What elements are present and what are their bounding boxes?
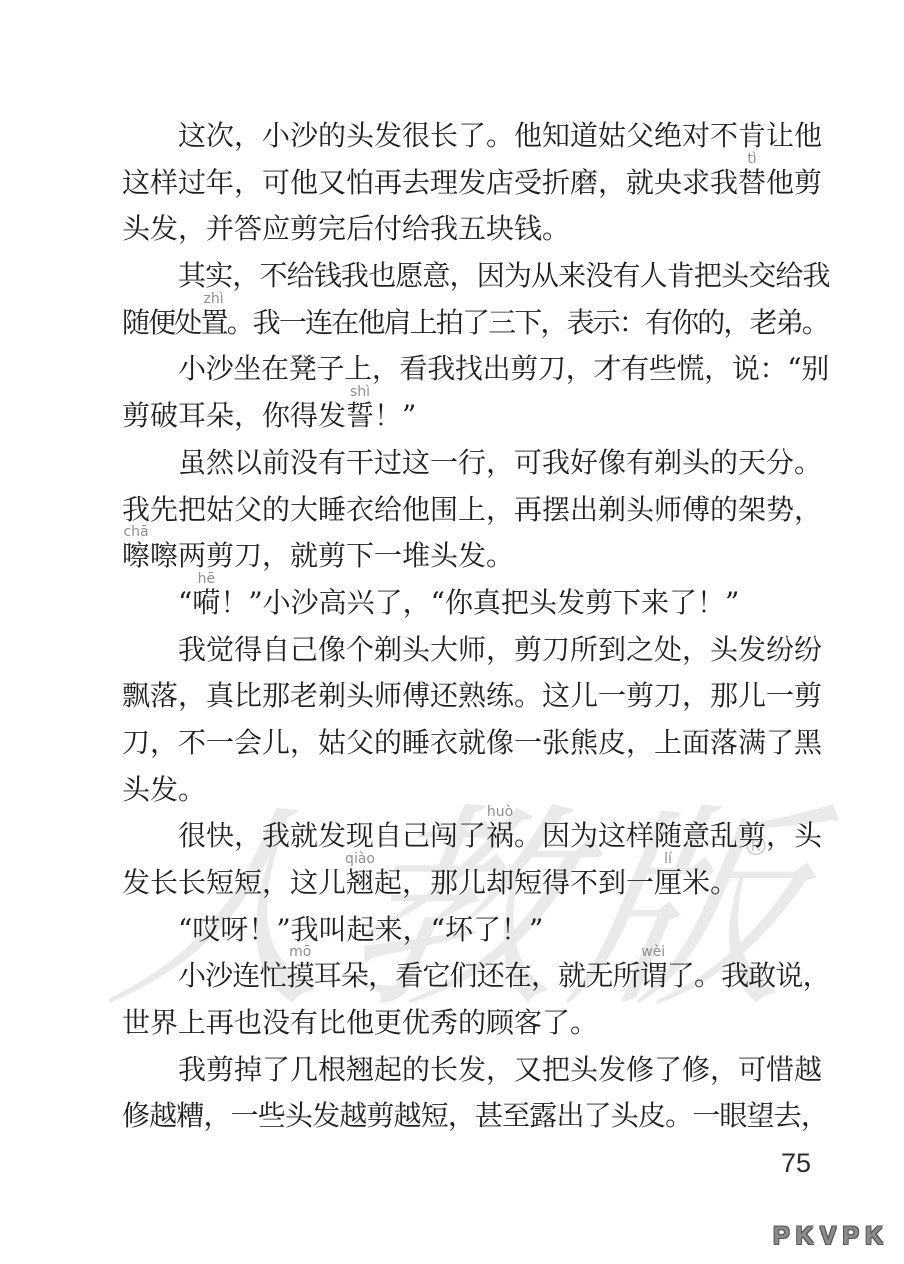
text-line: 其实，不给钱我也愿意，因为从来没有人肯把头交给我 — [122, 253, 828, 300]
text-line: 我剪掉了几根翘起的长发，又把头发修了修，可惜越 — [122, 1047, 828, 1094]
pinyin-label: lí — [664, 852, 672, 866]
pinyin-label: wèi — [641, 945, 665, 959]
text-line: 这样过年，可他又怕再去理发店受折磨，就央求我tì替他剪 — [122, 160, 828, 207]
textbook-page: 人教版 ® 这次，小沙的头发很长了。他知道姑父绝对不肯让他这样过年，可他又怕再去… — [0, 0, 904, 1264]
pinyin-label: shì — [350, 385, 370, 399]
pinyin-annotated-char: tì替 — [738, 166, 766, 199]
text-line: 头发。 — [122, 767, 828, 814]
pinyin-annotated-char: lí厘 — [654, 866, 682, 899]
text-line: “哎呀！”我叫起来，“坏了！” — [122, 907, 828, 954]
pinyin-label: mō — [289, 945, 311, 959]
text-line: “hē嗬！”小沙高兴了，“你真把头发剪下来了！” — [122, 580, 828, 627]
page-number: 75 — [781, 1148, 811, 1179]
text-line: 修越糟，一些头发越剪越短，甚至露出了头皮。一眼望去， — [122, 1093, 828, 1140]
pinyin-annotated-char: mō摸 — [287, 959, 314, 992]
text-line: 世界上再也没有比他更优秀的顾客了。 — [122, 1000, 828, 1047]
pinyin-annotated-char: huò祸 — [486, 819, 514, 852]
pinyin-label: zhì — [203, 292, 223, 306]
text-line: 我先把姑父的大睡衣给他围上，再摆出剃头师傅的架势， — [122, 487, 828, 534]
text-line: 小沙坐在凳子上，看我找出剪刀，才有些慌，说：“别 — [122, 346, 828, 393]
pinyin-label: hē — [198, 572, 216, 586]
text-line: 随便处zhì置。我一连在他肩上拍了三下，表示：有你的，老弟。 — [122, 300, 828, 347]
text-line: 飘落，真比那老剃头师傅还熟练。这儿一剪刀，那儿一剪 — [122, 673, 828, 720]
pinyin-label: qiào — [345, 852, 375, 866]
text-line: 刀，不一会儿，姑父的睡衣就像一张熊皮，上面落满了黑 — [122, 720, 828, 767]
text-line: 这次，小沙的头发很长了。他知道姑父绝对不肯让他 — [122, 113, 828, 160]
pinyin-annotated-char: wèi谓 — [640, 959, 667, 992]
pinyin-annotated-char: zhì置 — [200, 306, 226, 339]
pinyin-annotated-char: chā嚓 — [122, 539, 150, 572]
pinyin-annotated-char: shì誓 — [346, 399, 374, 432]
text-line: 虽然以前没有干过这一行，可我好像有剃头的天分。 — [122, 440, 828, 487]
pinyin-label: chā — [123, 525, 148, 539]
text-line: 发长长短短，这儿qiào翘起，那儿却短得不到一lí厘米。 — [122, 860, 828, 907]
pinyin-label: huò — [487, 805, 513, 819]
pinyin-label: tì — [747, 152, 756, 166]
text-line: chā嚓嚓两剪刀，就剪下一堆头发。 — [122, 533, 828, 580]
corner-watermark: PKVPK — [773, 1222, 889, 1251]
text-body: 这次，小沙的头发很长了。他知道姑父绝对不肯让他这样过年，可他又怕再去理发店受折磨… — [122, 113, 828, 1140]
text-line: 很快，我就发现自己闯了huò祸。因为这样随意乱剪，头 — [122, 813, 828, 860]
pinyin-annotated-char: qiào翘 — [346, 866, 374, 899]
text-line: 我觉得自己像个剃头大师，剪刀所到之处，头发纷纷 — [122, 627, 828, 674]
text-line: 小沙连忙mō摸耳朵，看它们还在，就无所wèi谓了。我敢说， — [122, 953, 828, 1000]
text-line: 剪破耳朵，你得发shì誓！” — [122, 393, 828, 440]
pinyin-annotated-char: hē嗬 — [192, 586, 220, 619]
text-line: 头发，并答应剪完后付给我五块钱。 — [122, 206, 828, 253]
